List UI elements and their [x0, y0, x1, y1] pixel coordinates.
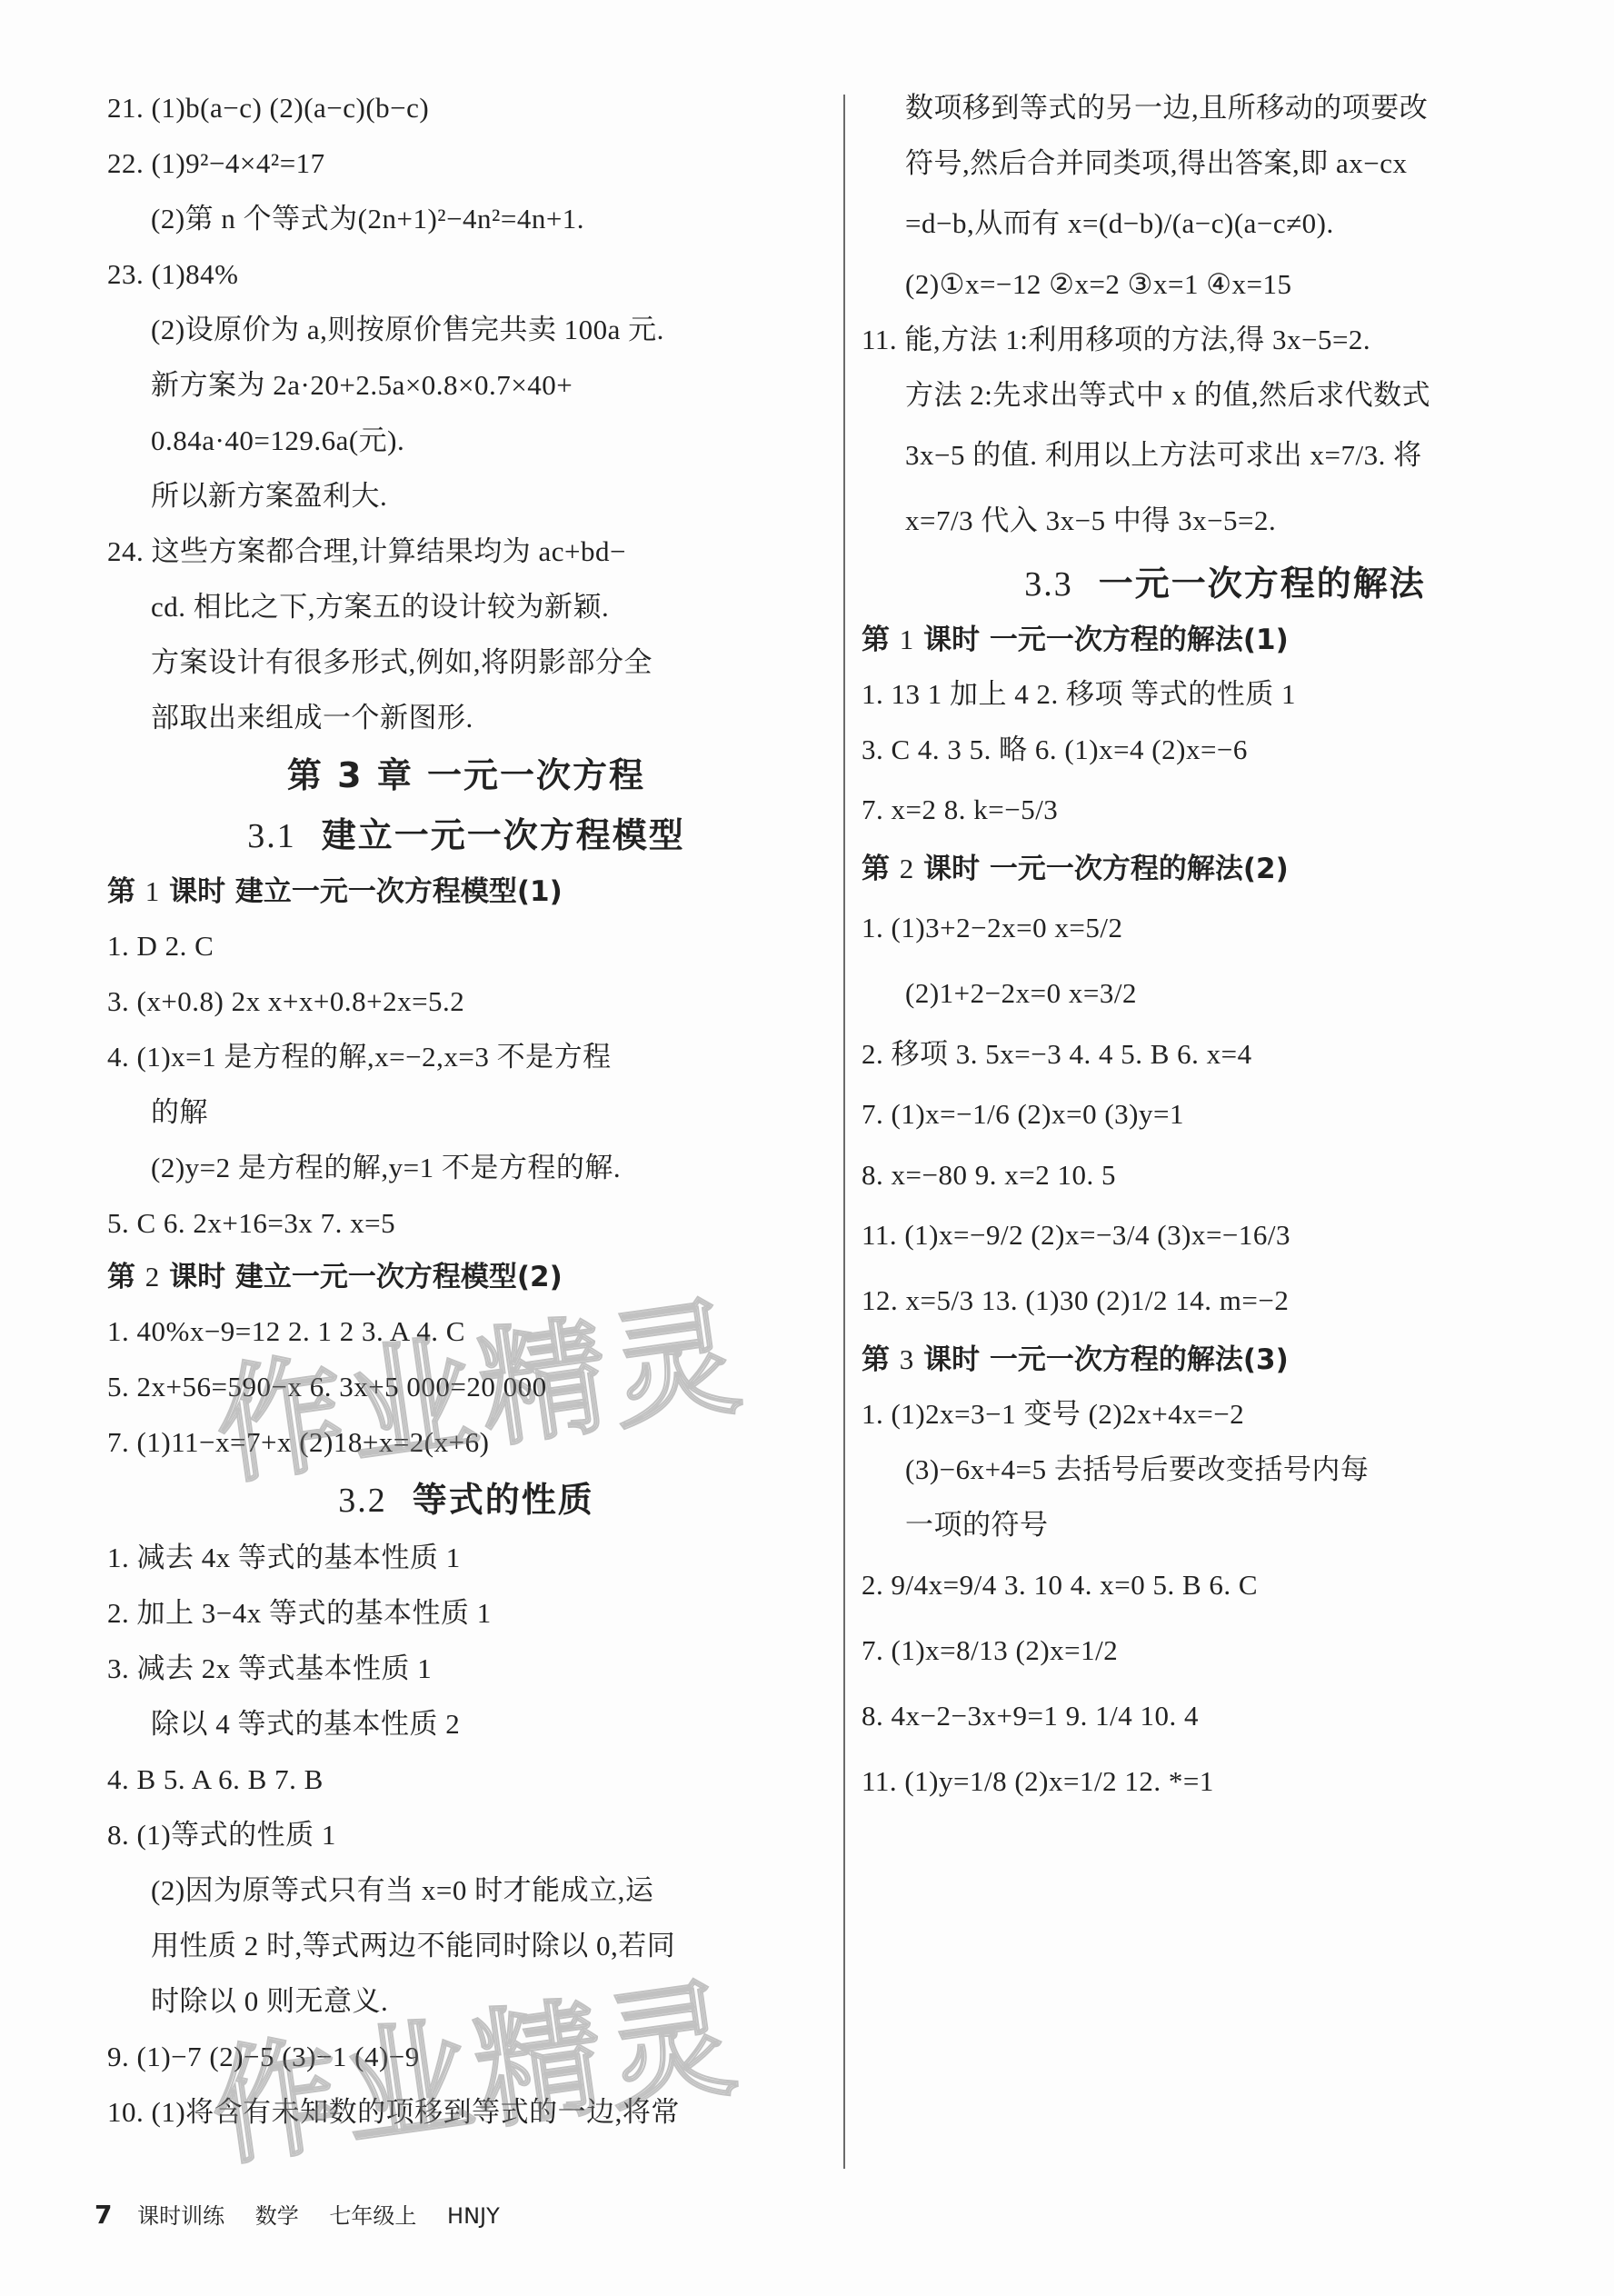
- lesson-title: 课时 一元一次方程的解法(3): [923, 1343, 1289, 1376]
- answer-line: 新方案为 2a·20+2.5a×0.8×0.7×40+: [107, 357, 825, 413]
- answer-line: 5. 2x+56=590−x 6. 3x+5 000=20 000: [107, 1359, 825, 1414]
- answer-line: (2)设原价为 a,则按原价售完共卖 100a 元.: [107, 302, 825, 357]
- section-heading-3-1: 3.1建立一元一次方程模型: [107, 805, 825, 865]
- lesson-heading: 第 1 课时 建立一元一次方程模型(1): [107, 865, 825, 918]
- answer-line: 所以新方案盈利大.: [107, 468, 825, 524]
- edition-code: HNJY: [447, 2203, 500, 2229]
- answer-line: 2. 9/4x=9/4 3. 10 4. x=0 5. B 6. C: [862, 1552, 1589, 1618]
- left-column: 21. (1)b(a−c) (2)(a−c)(b−c) 22. (1)9²−4×…: [107, 80, 825, 2140]
- answer-line: 8. x=−80 9. x=2 10. 5: [862, 1147, 1589, 1203]
- answer-line: 3. C 4. 3 5. 略 6. (1)x=4 (2)x=−6: [862, 722, 1589, 777]
- column-divider: [843, 95, 845, 2169]
- subject: 数学: [255, 2203, 299, 2229]
- section-heading-3-2: 3.2等式的性质: [107, 1470, 825, 1530]
- page-footer: 7 课时训练 数学 七年级上 HNJY: [95, 2198, 523, 2230]
- answer-line: 7. x=2 8. k=−5/3: [862, 777, 1589, 843]
- answer-line: 0.84a·40=129.6a(元).: [107, 413, 825, 468]
- answer-line: 1. 减去 4x 等式的基本性质 1: [107, 1530, 825, 1585]
- lesson-number: 2: [900, 853, 914, 884]
- lesson-number: 1: [900, 624, 914, 655]
- answer-line: (2)①x=−12 ②x=2 ③x=1 ④x=15: [862, 256, 1589, 312]
- answer-line: 11. (1)x=−9/2 (2)x=−3/4 (3)x=−16/3: [862, 1203, 1589, 1268]
- section-number: 3.2: [338, 1482, 387, 1520]
- answer-line: 7. (1)x=8/13 (2)x=1/2: [862, 1618, 1589, 1683]
- answer-line: 3x−5 的值. 利用以上方法可求出 x=7/3. 将: [862, 423, 1589, 488]
- lesson-heading: 第 2 课时 建立一元一次方程模型(2): [107, 1251, 825, 1303]
- answer-line: 1. 13 1 加上 4 2. 移项 等式的性质 1: [862, 666, 1589, 722]
- answer-line: 9. (1)−7 (2)−5 (3)−1 (4)−9: [107, 2029, 825, 2084]
- answer-line: 数项移到等式的另一边,且所移动的项要改: [862, 80, 1589, 135]
- answer-line: 用性质 2 时,等式两边不能同时除以 0,若同: [107, 1918, 825, 1973]
- answer-line: 5. C 6. 2x+16=3x 7. x=5: [107, 1195, 825, 1251]
- answer-line: 8. (1)等式的性质 1: [107, 1807, 825, 1862]
- answer-line: 时除以 0 则无意义.: [107, 1973, 825, 2029]
- answer-line: 3. (x+0.8) 2x x+x+0.8+2x=5.2: [107, 973, 825, 1029]
- lesson-prefix: 第: [862, 1343, 890, 1376]
- lesson-number: 3: [900, 1343, 914, 1375]
- answer-line: 1. D 2. C: [107, 918, 825, 973]
- answer-line: 24. 这些方案都合理,计算结果均为 ac+bd−: [107, 524, 825, 579]
- answer-line: 23. (1)84%: [107, 246, 825, 302]
- section-heading-3-3: 3.3一元一次方程的解法: [862, 554, 1589, 614]
- answer-line: 11. (1)y=1/8 (2)x=1/2 12. *=1: [862, 1749, 1589, 1814]
- answer-line: 12. x=5/3 13. (1)30 (2)1/2 14. m=−2: [862, 1268, 1589, 1333]
- lesson-title: 课时 建立一元一次方程模型(1): [169, 875, 563, 908]
- answer-line: (2)1+2−2x=0 x=3/2: [862, 961, 1589, 1026]
- lesson-title: 课时 建立一元一次方程模型(2): [169, 1261, 563, 1293]
- section-number: 3.1: [247, 817, 296, 855]
- answer-line: 4. B 5. A 6. B 7. B: [107, 1752, 825, 1807]
- answer-line: 8. 4x−2−3x+9=1 9. 1/4 10. 4: [862, 1683, 1589, 1749]
- lesson-prefix: 第: [862, 853, 890, 885]
- lesson-prefix: 第: [107, 875, 135, 908]
- lesson-heading: 第 2 课时 一元一次方程的解法(2): [862, 843, 1589, 895]
- right-column: 数项移到等式的另一边,且所移动的项要改 符号,然后合并同类项,得出答案,即 ax…: [862, 80, 1589, 1814]
- page-number: 7: [95, 2200, 112, 2230]
- lesson-heading: 第 3 课时 一元一次方程的解法(3): [862, 1333, 1589, 1386]
- section-title: 一元一次方程的解法: [1099, 564, 1426, 604]
- grade: 七年级上: [329, 2203, 416, 2229]
- answer-line: 的解: [107, 1084, 825, 1140]
- lesson-title: 课时 一元一次方程的解法(1): [923, 624, 1289, 656]
- answer-line: 22. (1)9²−4×4²=17: [107, 135, 825, 191]
- section-title: 等式的性质: [413, 1480, 594, 1520]
- lesson-number: 2: [145, 1261, 160, 1293]
- answer-line: 2. 移项 3. 5x=−3 4. 4 5. B 6. x=4: [862, 1026, 1589, 1082]
- answer-line: 4. (1)x=1 是方程的解,x=−2,x=3 不是方程: [107, 1029, 825, 1084]
- answer-line: 符号,然后合并同类项,得出答案,即 ax−cx: [862, 135, 1589, 191]
- lesson-prefix: 第: [107, 1261, 135, 1293]
- section-number: 3.3: [1024, 565, 1073, 604]
- answer-line: 1. (1)3+2−2x=0 x=5/2: [862, 895, 1589, 961]
- answer-line: x=7/3 代入 3x−5 中得 3x−5=2.: [862, 488, 1589, 554]
- answer-line: cd. 相比之下,方案五的设计较为新颖.: [107, 579, 825, 634]
- answer-line: (3)−6x+4=5 去括号后要改变括号内每: [862, 1442, 1589, 1497]
- lesson-prefix: 第: [862, 624, 890, 656]
- answer-line: 10. (1)将含有未知数的项移到等式的一边,将常: [107, 2084, 825, 2140]
- answer-line: 7. (1)x=−1/6 (2)x=0 (3)y=1: [862, 1082, 1589, 1147]
- answer-line: (2)第 n 个等式为(2n+1)²−4n²=4n+1.: [107, 191, 825, 246]
- answer-line: 3. 减去 2x 等式基本性质 1: [107, 1641, 825, 1696]
- answer-line: 1. 40%x−9=12 2. 1 2 3. A 4. C: [107, 1303, 825, 1359]
- answer-line: 11. 能,方法 1:利用移项的方法,得 3x−5=2.: [862, 312, 1589, 367]
- answer-line: 2. 加上 3−4x 等式的基本性质 1: [107, 1585, 825, 1641]
- answer-line: 21. (1)b(a−c) (2)(a−c)(b−c): [107, 80, 825, 135]
- lesson-title: 课时 一元一次方程的解法(2): [923, 853, 1289, 885]
- lesson-number: 1: [145, 875, 160, 907]
- answer-line: 除以 4 等式的基本性质 2: [107, 1696, 825, 1752]
- series-name: 课时训练: [137, 2203, 224, 2229]
- section-title: 建立一元一次方程模型: [322, 815, 685, 855]
- answer-line: 部取出来组成一个新图形.: [107, 690, 825, 745]
- answer-key-page: 21. (1)b(a−c) (2)(a−c)(b−c) 22. (1)9²−4×…: [0, 0, 1614, 2296]
- answer-line: 1. (1)2x=3−1 变号 (2)2x+4x=−2: [862, 1386, 1589, 1442]
- answer-line: (2)因为原等式只有当 x=0 时才能成立,运: [107, 1862, 825, 1918]
- answer-line: =d−b,从而有 x=(d−b)/(a−c)(a−c≠0).: [862, 191, 1589, 256]
- chapter-title: 第 3 章 一元一次方程: [107, 745, 825, 805]
- answer-line: 7. (1)11−x=7+x (2)18+x=2(x+6): [107, 1414, 825, 1470]
- answer-line: 方法 2:先求出等式中 x 的值,然后求代数式: [862, 367, 1589, 423]
- answer-line: 一项的符号: [862, 1497, 1589, 1552]
- answer-line: (2)y=2 是方程的解,y=1 不是方程的解.: [107, 1140, 825, 1195]
- lesson-heading: 第 1 课时 一元一次方程的解法(1): [862, 614, 1589, 666]
- answer-line: 方案设计有很多形式,例如,将阴影部分全: [107, 634, 825, 690]
